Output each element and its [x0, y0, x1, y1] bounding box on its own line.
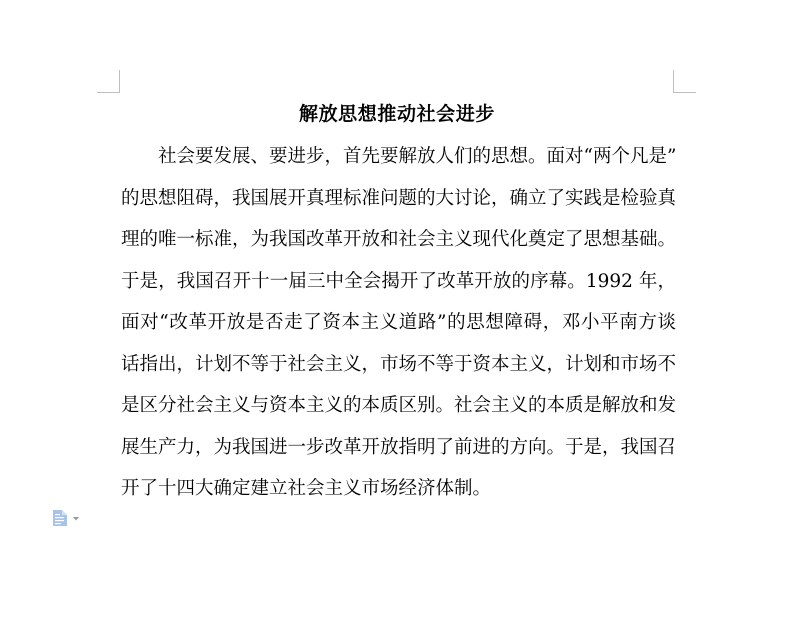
document-title[interactable]: 解放思想推动社会进步: [0, 101, 794, 127]
document-page: 解放思想推动社会进步 社会要发展、要进步，首先要解放人们的思想。面对“两个凡是”…: [0, 0, 794, 624]
paragraph-line[interactable]: 开了十四大确定建立社会主义市场经济体制。: [121, 468, 676, 510]
paragraph-line[interactable]: 理的唯一标准，为我国改革开放和社会主义现代化奠定了思想基础。: [121, 219, 676, 261]
paragraph-line[interactable]: 的思想阻碍，我国展开真理标准问题的大讨论，确立了实践是检验真: [121, 178, 676, 220]
dropdown-triangle-icon[interactable]: [73, 517, 79, 521]
document-icon: [53, 510, 67, 526]
paragraph-line[interactable]: 社会要发展、要进步，首先要解放人们的思想。面对“两个凡是”: [158, 136, 676, 178]
paragraph-line[interactable]: 面对“改革开放是否走了资本主义道路”的思想障碍，邓小平南方谈: [121, 302, 676, 344]
paragraph-line[interactable]: 于是，我国召开十一届三中全会揭开了改革开放的序幕。1992 年，: [121, 261, 676, 303]
paste-options-button[interactable]: [52, 509, 82, 527]
top-right-margin-corner-mark: [673, 70, 696, 93]
paragraph-line[interactable]: 展生产力，为我国进一步改革开放指明了前进的方向。于是，我国召: [121, 427, 676, 469]
top-left-margin-corner-mark: [97, 70, 120, 93]
paragraph-line[interactable]: 是区分社会主义与资本主义的本质区别。社会主义的本质是解放和发: [121, 385, 676, 427]
paragraph-line[interactable]: 话指出，计划不等于社会主义，市场不等于资本主义，计划和市场不: [121, 344, 676, 386]
